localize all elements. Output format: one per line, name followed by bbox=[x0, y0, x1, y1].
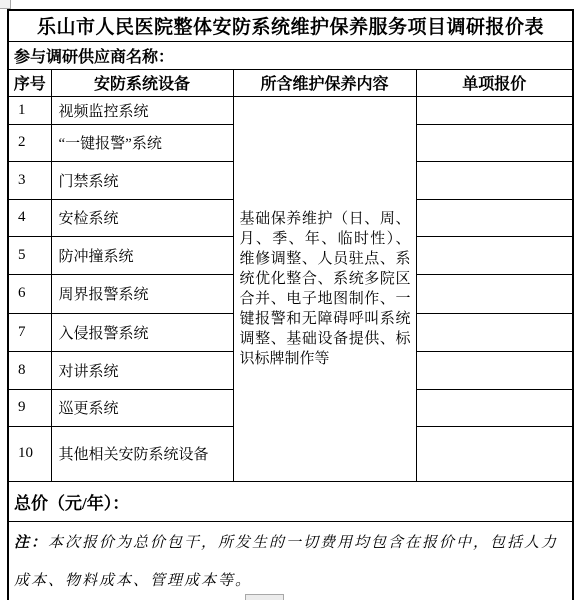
price-field[interactable] bbox=[416, 351, 573, 389]
header-content: 所含维护保养内容 bbox=[233, 69, 416, 96]
price-field[interactable] bbox=[416, 199, 573, 236]
price-field[interactable] bbox=[416, 161, 573, 199]
price-field[interactable] bbox=[416, 389, 573, 426]
header-no: 序号 bbox=[8, 69, 51, 96]
row-number: 3 bbox=[8, 161, 51, 199]
equipment-name: 防冲撞系统 bbox=[51, 236, 233, 274]
table-handle-artifact bbox=[0, 0, 11, 9]
row-number: 9 bbox=[8, 389, 51, 426]
table-title: 乐山市人民医院整体安防系统维护保养服务项目调研报价表 bbox=[8, 10, 573, 41]
row-number: 10 bbox=[8, 426, 51, 481]
price-field[interactable] bbox=[416, 426, 573, 481]
row-number: 8 bbox=[8, 351, 51, 389]
maintenance-content-cell: 基础保养维护（日、周、月、季、年、临时性）、维修调整、人员驻点、系统优化整合、系… bbox=[233, 96, 416, 481]
row-number: 2 bbox=[8, 124, 51, 161]
note-cell: 注：本次报价为总价包干，所发生的一切费用均包含在报价中，包括人力成本、物料成本、… bbox=[8, 521, 573, 600]
price-field[interactable] bbox=[416, 96, 573, 124]
quotation-table: 乐山市人民医院整体安防系统维护保养服务项目调研报价表 参与调研供应商名称： 序号… bbox=[7, 9, 574, 600]
equipment-name: 视频监控系统 bbox=[51, 96, 233, 124]
equipment-name: 安检系统 bbox=[51, 199, 233, 236]
price-field[interactable] bbox=[416, 274, 573, 313]
equipment-name: “一键报警”系统 bbox=[51, 124, 233, 161]
total-price-label: 总价（元/年）： bbox=[14, 494, 129, 513]
equipment-name: 周界报警系统 bbox=[51, 274, 233, 313]
row-number: 1 bbox=[8, 96, 51, 124]
equipment-name: 入侵报警系统 bbox=[51, 313, 233, 351]
row-number: 7 bbox=[8, 313, 51, 351]
document-page: 乐山市人民医院整体安防系统维护保养服务项目调研报价表 参与调研供应商名称： 序号… bbox=[0, 0, 579, 600]
row-number: 4 bbox=[8, 199, 51, 236]
price-field[interactable] bbox=[416, 124, 573, 161]
equipment-name: 其他相关安防系统设备 bbox=[51, 426, 233, 481]
equipment-name: 门禁系统 bbox=[51, 161, 233, 199]
note-prefix: 注： bbox=[14, 535, 48, 551]
price-field[interactable] bbox=[416, 313, 573, 351]
row-number: 5 bbox=[8, 236, 51, 274]
note-text: 本次报价为总价包干，所发生的一切费用均包含在报价中，包括人力成本、物料成本、管理… bbox=[14, 535, 558, 589]
header-price: 单项报价 bbox=[416, 69, 573, 96]
row-number: 6 bbox=[8, 274, 51, 313]
header-equipment: 安防系统设备 bbox=[51, 69, 233, 96]
equipment-name: 巡更系统 bbox=[51, 389, 233, 426]
table-row: 1 视频监控系统 基础保养维护（日、周、月、季、年、临时性）、维修调整、人员驻点… bbox=[8, 96, 573, 124]
equipment-name: 对讲系统 bbox=[51, 351, 233, 389]
total-price-field[interactable]: 总价（元/年）： bbox=[8, 481, 573, 521]
price-field[interactable] bbox=[416, 236, 573, 274]
supplier-name-field[interactable]: 参与调研供应商名称： bbox=[8, 41, 573, 69]
supplier-name-label: 参与调研供应商名称： bbox=[14, 49, 174, 66]
page-break-artifact bbox=[245, 594, 284, 600]
